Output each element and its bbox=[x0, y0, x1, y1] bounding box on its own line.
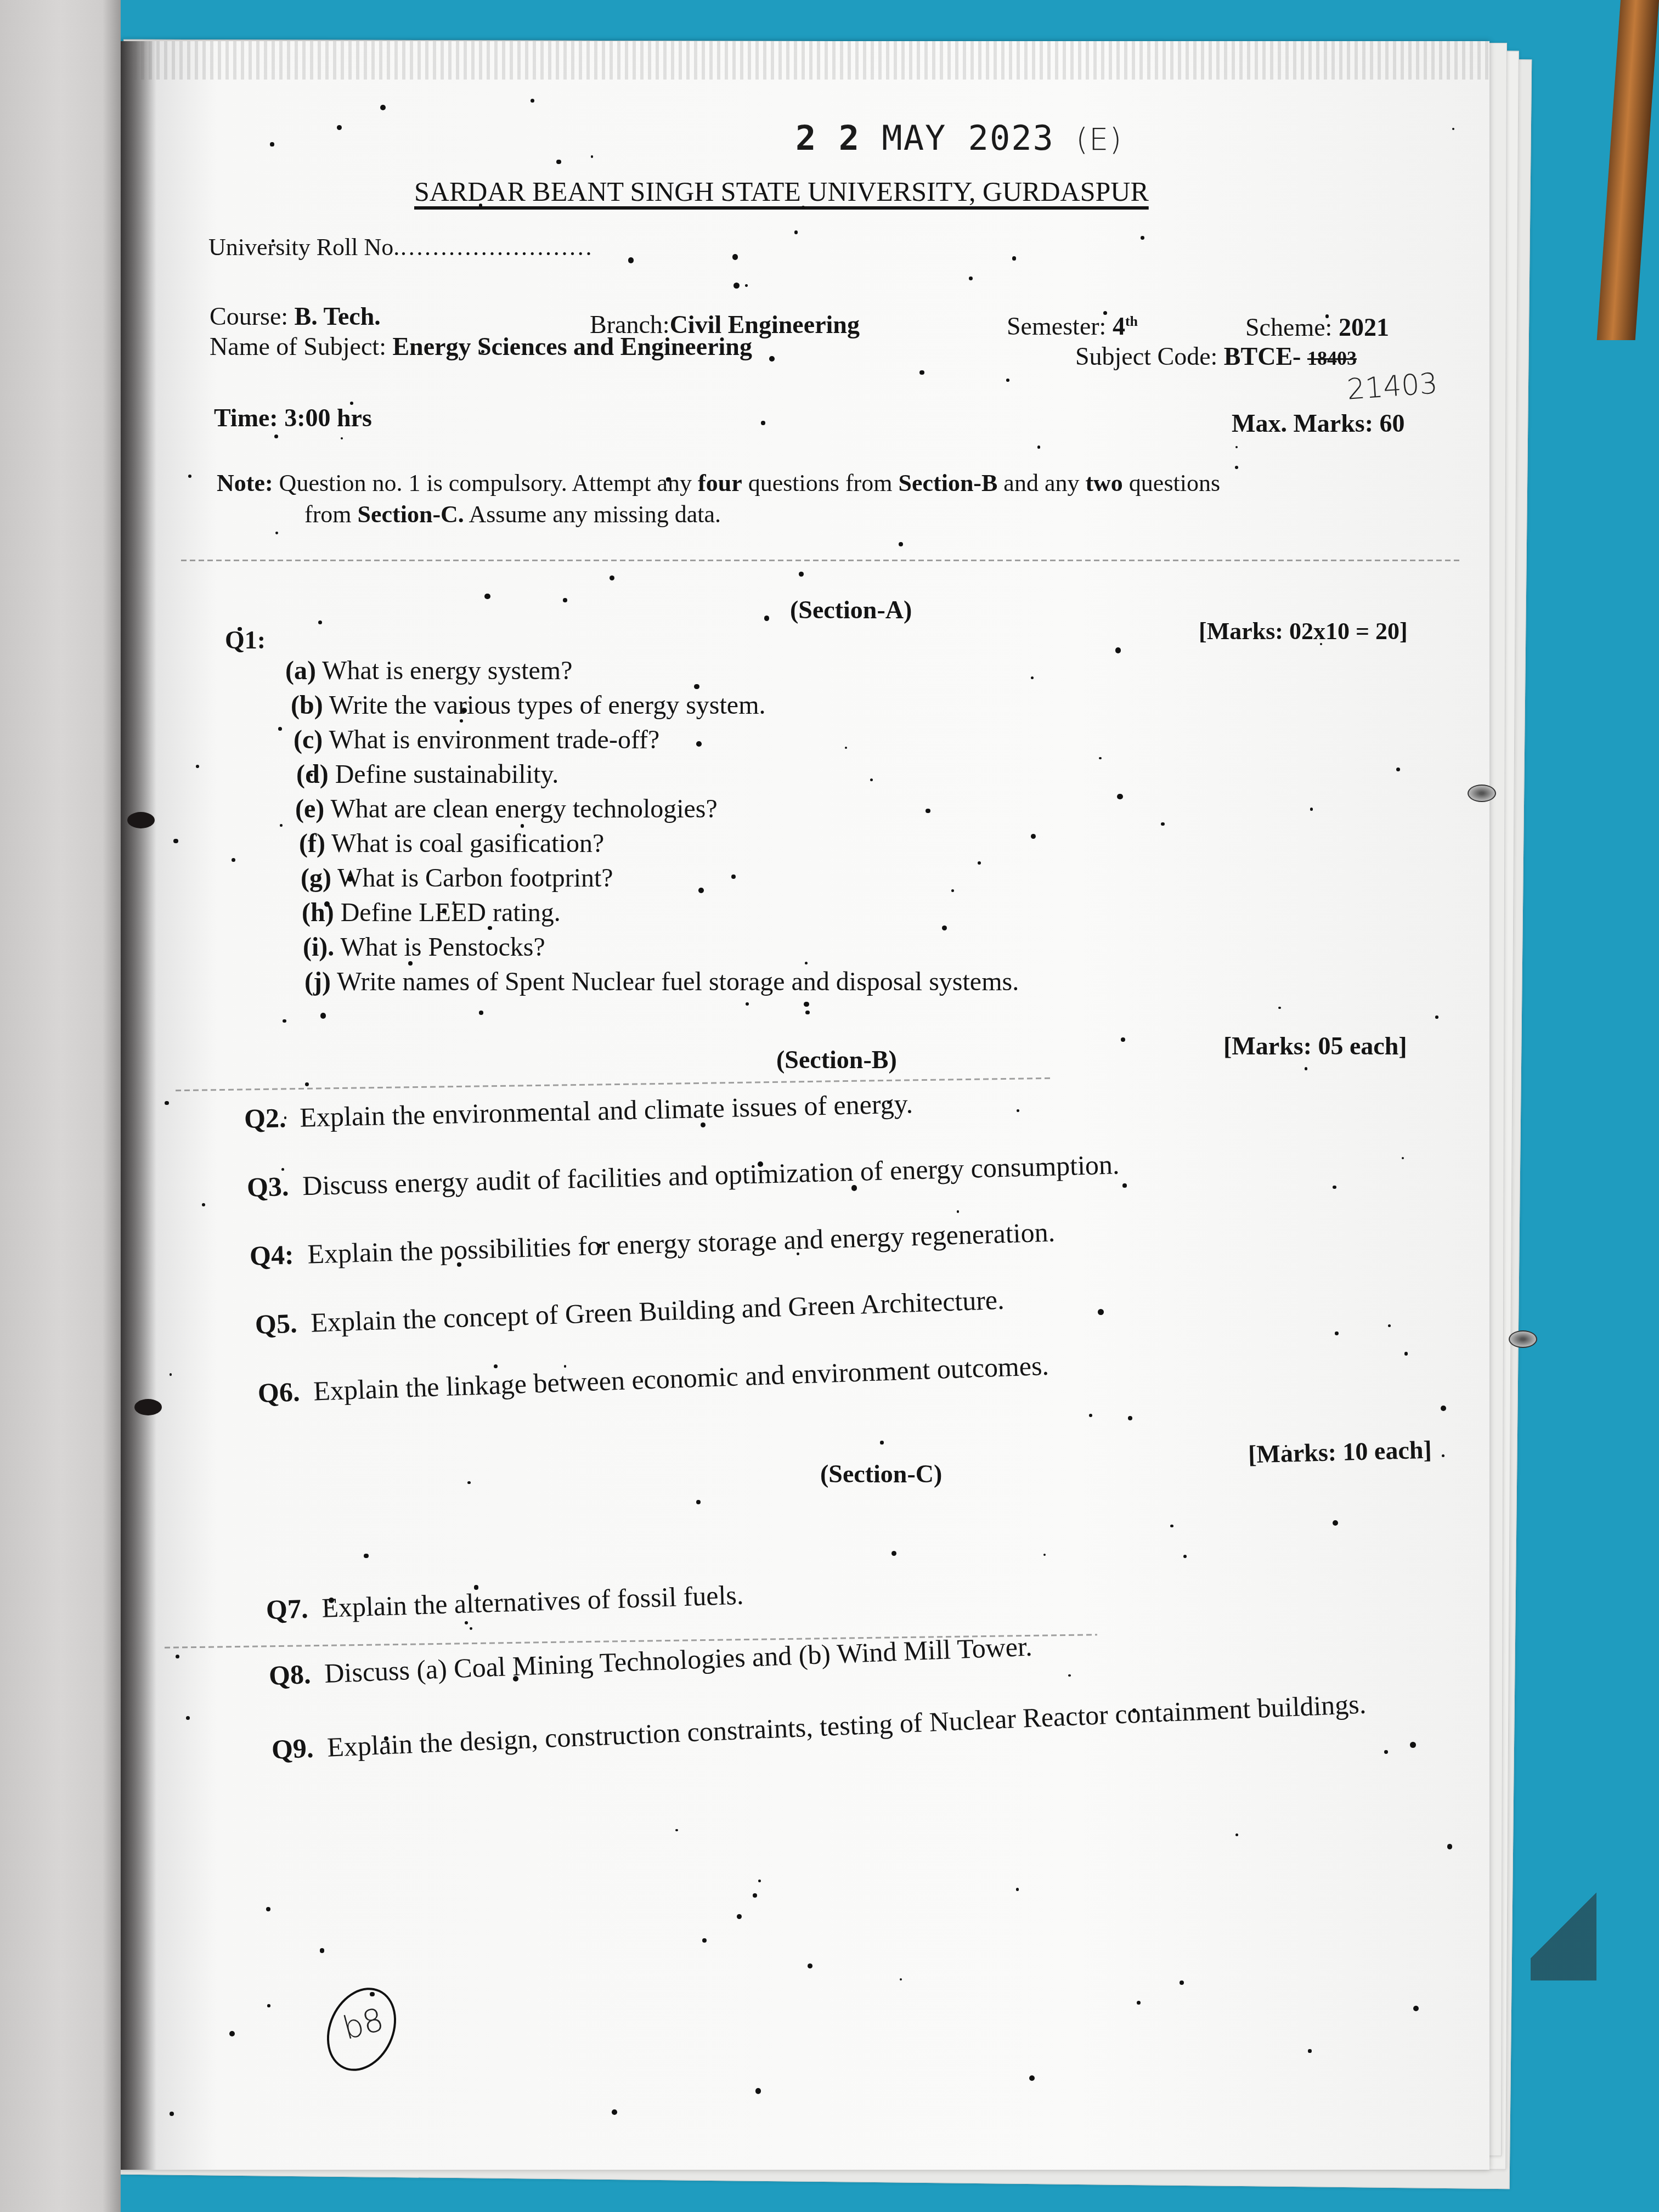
question-number: Q5. bbox=[255, 1307, 297, 1340]
photocopy-speck bbox=[1122, 1183, 1127, 1188]
photocopy-speck bbox=[320, 1013, 326, 1019]
photocopy-speck bbox=[1128, 1416, 1132, 1420]
photocopy-speck bbox=[320, 1948, 325, 1953]
photocopy-speck bbox=[305, 1082, 309, 1086]
q1-subquestion: (e) What are clean energy technologies? bbox=[295, 794, 718, 824]
photocopy-speck bbox=[1310, 808, 1313, 811]
photocopy-speck bbox=[556, 160, 561, 164]
section-c-marks: [Marks: 10 each] bbox=[1248, 1435, 1432, 1469]
photocopy-speck bbox=[628, 257, 634, 263]
q1-subquestion: (b) Write the various types of energy sy… bbox=[291, 690, 765, 720]
photocopy-speck bbox=[957, 1210, 959, 1212]
photocopy-speck bbox=[899, 542, 903, 546]
photocopy-speck bbox=[1183, 1555, 1187, 1558]
question-number: Q9. bbox=[271, 1733, 314, 1765]
subquestion-text: Define LEED rating. bbox=[341, 898, 561, 927]
photocopy-speck bbox=[494, 1364, 498, 1368]
question-text: Explain the alternatives of fossil fuels… bbox=[321, 1579, 744, 1623]
photocopy-speck bbox=[1043, 1554, 1046, 1556]
photocopy-speck bbox=[461, 708, 467, 713]
photocopy-speck bbox=[170, 2112, 174, 2116]
time-field: Time: 3:00 hrs bbox=[214, 403, 372, 432]
photocopy-speck bbox=[891, 1551, 896, 1556]
q1-label: Q1: bbox=[225, 625, 266, 654]
photocopy-speck bbox=[484, 594, 490, 600]
subquestion-text: What is Carbon footprint? bbox=[337, 864, 613, 893]
photocopy-speck bbox=[467, 1481, 470, 1484]
photocopy-speck bbox=[1180, 1980, 1184, 1985]
section-c-question: Q8. Discuss (a) Coal Mining Technologies… bbox=[268, 1630, 1032, 1691]
photocopy-speck bbox=[165, 1101, 168, 1105]
max-marks-field: Max. Marks: 60 bbox=[1232, 409, 1405, 438]
university-name: SARDAR BEANT SINGH STATE UNIVERSITY, GUR… bbox=[414, 176, 1149, 207]
photocopy-speck bbox=[284, 1116, 286, 1119]
photocopy-speck bbox=[1099, 757, 1101, 759]
question-number: Q4: bbox=[249, 1239, 294, 1271]
photocopy-speck bbox=[1442, 1454, 1444, 1457]
photocopy-speck bbox=[1285, 1445, 1287, 1447]
photocopy-speck bbox=[479, 204, 482, 207]
photocopy-speck bbox=[978, 861, 981, 865]
semester-value: 4 bbox=[1113, 312, 1125, 340]
scheme-value: 2021 bbox=[1339, 313, 1389, 341]
pencil-shading bbox=[1531, 1871, 1596, 1980]
subquestion-text: What is environment trade-off? bbox=[329, 725, 659, 754]
photocopy-speck bbox=[1452, 128, 1454, 130]
note-emphasis: four bbox=[698, 470, 742, 496]
photocopy-speck bbox=[731, 874, 736, 879]
note-line-1: Note: Question no. 1 is compulsory. Atte… bbox=[217, 469, 1220, 497]
question-number: Q3. bbox=[246, 1171, 289, 1203]
photocopy-speck bbox=[310, 774, 313, 776]
photocopy-speck bbox=[470, 1627, 472, 1630]
note-emphasis: Section-C. bbox=[358, 501, 464, 528]
stamp-month-year: MAY 2023 bbox=[882, 118, 1054, 158]
photocopy-speck bbox=[698, 888, 704, 893]
section-c-question: Q7. Explain the alternatives of fossil f… bbox=[266, 1579, 744, 1626]
photocopy-speck bbox=[1031, 834, 1036, 839]
question-text: Discuss energy audit of facilities and o… bbox=[302, 1149, 1120, 1201]
photocopy-speck bbox=[737, 1914, 742, 1919]
photocopy-speck bbox=[804, 1002, 809, 1007]
section-a-marks: [Marks: 02x10 = 20] bbox=[1199, 617, 1408, 645]
scheme-field: Scheme: 2021 bbox=[1245, 313, 1389, 342]
photocopy-speck bbox=[318, 620, 322, 624]
photocopy-speck bbox=[612, 2109, 617, 2115]
q1-subquestion: (h) Define LEED rating. bbox=[302, 898, 561, 928]
photocopy-speck bbox=[465, 1621, 468, 1624]
photocopy-speck bbox=[764, 616, 769, 620]
section-b-question: Q5. Explain the concept of Green Buildin… bbox=[255, 1284, 1005, 1340]
stamp-day: 2 2 bbox=[795, 118, 860, 158]
note-line-2: from Section-C. Assume any missing data. bbox=[304, 500, 721, 528]
section-b-question: Q3. Discuss energy audit of facilities a… bbox=[246, 1148, 1120, 1203]
photocopy-speck bbox=[267, 2004, 270, 2007]
subject-code-label: Subject Code: bbox=[1075, 342, 1217, 370]
course-value: B. Tech. bbox=[295, 302, 381, 330]
photocopy-speck bbox=[1098, 1309, 1104, 1315]
photocopy-speck bbox=[1410, 1742, 1416, 1748]
photocopy-speck bbox=[1305, 1067, 1308, 1070]
photocopy-speck bbox=[1235, 446, 1238, 448]
photocopy-speck bbox=[1333, 1186, 1336, 1189]
photocopy-speck bbox=[481, 350, 484, 353]
photocopy-speck bbox=[1235, 1833, 1238, 1836]
photocopy-speck bbox=[202, 1203, 205, 1206]
note-emphasis: Section-B bbox=[898, 470, 997, 496]
photocopy-speck bbox=[229, 2031, 235, 2037]
photocopy-speck bbox=[1031, 676, 1034, 679]
section-b-question: Q4: Explain the possibilities for energy… bbox=[249, 1216, 1056, 1272]
subquestion-text: Define sustainability. bbox=[335, 760, 558, 789]
photocopy-speck bbox=[274, 435, 278, 438]
photocopy-speck bbox=[1333, 1520, 1338, 1526]
photocopy-speck bbox=[1115, 647, 1121, 653]
question-text: Explain the environmental and climate is… bbox=[300, 1088, 913, 1132]
photocopy-speck bbox=[919, 370, 924, 375]
photocopy-speck bbox=[799, 572, 803, 576]
photocopy-speck bbox=[761, 421, 765, 425]
subject-code-struck: 18403 bbox=[1307, 347, 1357, 369]
photocopy-speck bbox=[745, 284, 747, 286]
photocopy-speck bbox=[732, 254, 738, 260]
photocopy-speck bbox=[769, 356, 775, 362]
photocopy-speck bbox=[591, 155, 593, 157]
photocopy-speck bbox=[329, 1598, 334, 1603]
photocopy-speck bbox=[364, 1554, 369, 1559]
subquestion-label: (j) bbox=[304, 967, 331, 996]
date-stamp: 2 2 MAY 2023 (E) bbox=[795, 118, 1122, 158]
photocopy-speck bbox=[1037, 445, 1040, 448]
q1-subquestion: (f) What is coal gasification? bbox=[299, 828, 604, 859]
subject-value: Energy Sciences and Engineering bbox=[392, 332, 752, 360]
photocopy-speck bbox=[694, 684, 699, 689]
subquestion-text: What is coal gasification? bbox=[331, 829, 604, 858]
roll-no-blank: …………………… bbox=[399, 234, 592, 261]
photocopy-speck bbox=[457, 1262, 461, 1267]
time-value: 3:00 hrs bbox=[284, 404, 372, 432]
photocopy-speck bbox=[531, 99, 534, 103]
photocopy-speck bbox=[753, 1893, 757, 1898]
subquestion-text: What is Penstocks? bbox=[340, 933, 545, 962]
photocopy-speck bbox=[1435, 1015, 1438, 1019]
photocopy-speck bbox=[266, 1907, 270, 1911]
roll-no-line: University Roll No.…………………… bbox=[208, 233, 592, 261]
photocopy-speck bbox=[1413, 2006, 1419, 2011]
roll-no-label: University Roll No. bbox=[208, 234, 399, 261]
q1-subquestion: (j) Write names of Spent Nuclear fuel st… bbox=[304, 967, 1019, 997]
section-a-title: (Section-A) bbox=[790, 595, 912, 624]
section-b-question: Q2. Explain the environmental and climat… bbox=[244, 1087, 913, 1135]
photocopy-speck bbox=[176, 1655, 179, 1658]
note-text: questions from bbox=[748, 470, 893, 496]
photocopy-speck bbox=[1404, 1352, 1408, 1355]
semester-label: Semester: bbox=[1007, 312, 1106, 340]
photocopy-speck bbox=[1017, 1109, 1019, 1112]
subquestion-label: (c) bbox=[294, 725, 323, 754]
photocopy-speck bbox=[1132, 1708, 1137, 1713]
semester-field: Semester: 4th bbox=[1007, 312, 1138, 341]
photocopy-speck bbox=[808, 1963, 812, 1968]
photocopy-speck bbox=[232, 858, 235, 862]
photocopy-speck bbox=[1006, 379, 1009, 382]
photocopy-speck bbox=[442, 909, 447, 913]
note-text: and any bbox=[1003, 470, 1079, 496]
photocopy-speck bbox=[1016, 1888, 1019, 1891]
subject-field: Name of Subject: Energy Sciences and Eng… bbox=[210, 332, 752, 361]
question-text: Explain the design, construction constra… bbox=[326, 1688, 1367, 1762]
photocopy-speck bbox=[1308, 2049, 1312, 2053]
subject-code-prefix: BTCE- bbox=[1224, 342, 1301, 370]
photocopy-speck bbox=[453, 901, 455, 904]
photocopy-speck bbox=[370, 1992, 374, 1996]
photocopy-speck bbox=[1396, 768, 1400, 771]
photocopy-speck bbox=[926, 809, 930, 813]
photocopy-speck bbox=[1170, 1525, 1173, 1527]
photocopy-speck bbox=[755, 2088, 761, 2093]
subquestion-label: (g) bbox=[301, 864, 331, 893]
photocopy-speck bbox=[805, 1011, 810, 1015]
note-text: from bbox=[304, 501, 352, 528]
subquestion-label: (e) bbox=[295, 794, 324, 823]
subquestion-text: Write names of Spent Nuclear fuel storag… bbox=[337, 967, 1019, 996]
course-field: Course: B. Tech. bbox=[210, 302, 381, 331]
subquestion-text: What are clean energy technologies? bbox=[330, 794, 717, 823]
photocopy-speck bbox=[797, 1252, 799, 1255]
semester-suffix: th bbox=[1125, 313, 1138, 329]
subquestion-text: What is energy system? bbox=[322, 656, 572, 685]
photocopy-speck bbox=[341, 437, 343, 439]
photocopy-speck bbox=[1012, 256, 1016, 260]
photocopy-speck bbox=[900, 1978, 902, 1980]
question-paper: 2 2 MAY 2023 (E) SARDAR BEANT SINGH STAT… bbox=[0, 0, 1659, 2212]
photocopy-speck bbox=[408, 961, 413, 966]
section-c-title: (Section-C) bbox=[820, 1459, 942, 1488]
subject-label: Name of Subject: bbox=[210, 332, 386, 360]
q1-subquestion: (a) What is energy system? bbox=[285, 656, 572, 686]
photocopy-speck bbox=[1235, 466, 1238, 469]
photocopy-speck bbox=[1384, 1750, 1388, 1754]
photocopy-speck bbox=[521, 824, 524, 827]
handwritten-mark: (E) bbox=[1076, 122, 1122, 157]
photocopy-speck bbox=[460, 719, 464, 723]
photocopy-speck bbox=[1161, 822, 1164, 826]
photocopy-speck bbox=[1441, 1406, 1446, 1411]
photocopy-speck bbox=[1447, 1844, 1452, 1849]
photocopy-speck bbox=[696, 741, 702, 747]
subquestion-text: Write the various types of energy system… bbox=[329, 691, 766, 720]
section-c-question: Q9. Explain the design, construction con… bbox=[271, 1688, 1367, 1765]
question-number: Q6. bbox=[257, 1376, 300, 1408]
photocopy-speck bbox=[1402, 1157, 1404, 1159]
q1-subquestion: (d) Define sustainability. bbox=[296, 759, 558, 789]
photocopy-speck bbox=[1141, 236, 1144, 240]
photocopy-speck bbox=[188, 475, 191, 478]
note-text: Assume any missing data. bbox=[469, 501, 721, 528]
photocopy-speck bbox=[1137, 2001, 1141, 2005]
photocopy-speck bbox=[1029, 2075, 1035, 2081]
photocopy-speck bbox=[384, 1736, 388, 1741]
photocopy-speck bbox=[942, 926, 947, 930]
photocopy-speck bbox=[696, 1500, 701, 1505]
section-b-title: (Section-B) bbox=[776, 1045, 897, 1074]
photocopy-speck bbox=[1117, 794, 1123, 800]
photocopy-speck bbox=[488, 926, 492, 930]
photocopy-speck bbox=[851, 1185, 857, 1191]
question-number: Q2. bbox=[244, 1102, 286, 1134]
photocopy-speck bbox=[380, 105, 386, 110]
photocopy-speck bbox=[270, 142, 274, 146]
photocopy-speck bbox=[1388, 1324, 1391, 1327]
photocopy-speck bbox=[280, 824, 283, 827]
photocopy-speck bbox=[802, 206, 805, 209]
photocopy-speck bbox=[1089, 1414, 1092, 1417]
section-b-marks: [Marks: 05 each] bbox=[1223, 1031, 1407, 1060]
photocopy-speck bbox=[597, 1244, 602, 1248]
section-b-question: Q6. Explain the linkage between economic… bbox=[257, 1350, 1049, 1409]
question-text: Explain the concept of Green Building an… bbox=[310, 1284, 1005, 1338]
photocopy-speck bbox=[1121, 1037, 1125, 1042]
subject-code-field: Subject Code: BTCE- 18403 bbox=[1075, 342, 1357, 371]
photocopy-speck bbox=[969, 276, 973, 280]
photocopy-speck bbox=[880, 1441, 884, 1444]
photocopy-speck bbox=[870, 778, 873, 781]
photocopy-speck bbox=[805, 962, 808, 965]
q1-subquestion: (c) What is environment trade-off? bbox=[294, 725, 659, 755]
photocopy-speck bbox=[701, 1122, 706, 1127]
photocopy-speck bbox=[702, 1938, 707, 1943]
photocopy-speck bbox=[610, 575, 614, 580]
subject-code-handwritten: 21403 bbox=[1346, 367, 1438, 406]
photocopy-speck bbox=[479, 1011, 483, 1015]
photocopy-speck bbox=[758, 1880, 761, 1882]
subquestion-label: (b) bbox=[291, 691, 323, 720]
note-emphasis: two bbox=[1085, 470, 1122, 496]
note-text: Question no. 1 is compulsory. Attempt an… bbox=[279, 470, 692, 496]
photocopy-speck bbox=[794, 230, 798, 234]
photocopy-speck bbox=[1335, 1331, 1339, 1335]
photocopy-speck bbox=[845, 747, 847, 749]
max-marks-value: 60 bbox=[1380, 409, 1405, 437]
subquestion-label: (i). bbox=[303, 933, 334, 962]
photocopy-speck bbox=[951, 889, 954, 892]
photocopy-speck bbox=[675, 1829, 678, 1832]
photocopy-speck bbox=[186, 1716, 190, 1720]
scheme-label: Scheme: bbox=[1245, 313, 1332, 341]
photocopy-speck bbox=[275, 532, 278, 534]
course-label: Course: bbox=[210, 302, 288, 330]
photocopy-speck bbox=[733, 283, 740, 289]
question-text: Explain the possibilities for energy sto… bbox=[307, 1216, 1056, 1269]
max-marks-label: Max. Marks: bbox=[1232, 409, 1373, 437]
photocopy-speck bbox=[324, 901, 330, 907]
photocopy-speck bbox=[173, 839, 178, 843]
photocopy-speck bbox=[474, 1585, 478, 1589]
photocopy-speck bbox=[1068, 1674, 1071, 1677]
photocopy-speck bbox=[746, 1002, 749, 1006]
photocopy-speck bbox=[1278, 1007, 1281, 1009]
photocopy-speck bbox=[272, 239, 274, 242]
photocopy-speck bbox=[563, 598, 567, 602]
photocopy-speck bbox=[337, 125, 342, 130]
time-label: Time: bbox=[214, 404, 278, 432]
photocopy-speck bbox=[170, 1373, 172, 1376]
photocopy-speck bbox=[278, 727, 282, 731]
q1-subquestion: (i). What is Penstocks? bbox=[303, 932, 545, 962]
photocopy-speck bbox=[347, 876, 353, 882]
question-number: Q7. bbox=[266, 1593, 308, 1625]
divider bbox=[181, 560, 1459, 561]
question-number: Q8. bbox=[268, 1658, 311, 1691]
note-text: questions bbox=[1129, 470, 1220, 496]
subquestion-label: (a) bbox=[285, 656, 316, 685]
photocopy-speck bbox=[283, 1019, 286, 1023]
question-text: Explain the linkage between economic and… bbox=[313, 1350, 1049, 1407]
note-label: Note: bbox=[217, 470, 273, 496]
photocopy-speck bbox=[196, 765, 200, 769]
photocopy-speck bbox=[666, 477, 671, 482]
subquestion-label: (f) bbox=[299, 829, 325, 858]
